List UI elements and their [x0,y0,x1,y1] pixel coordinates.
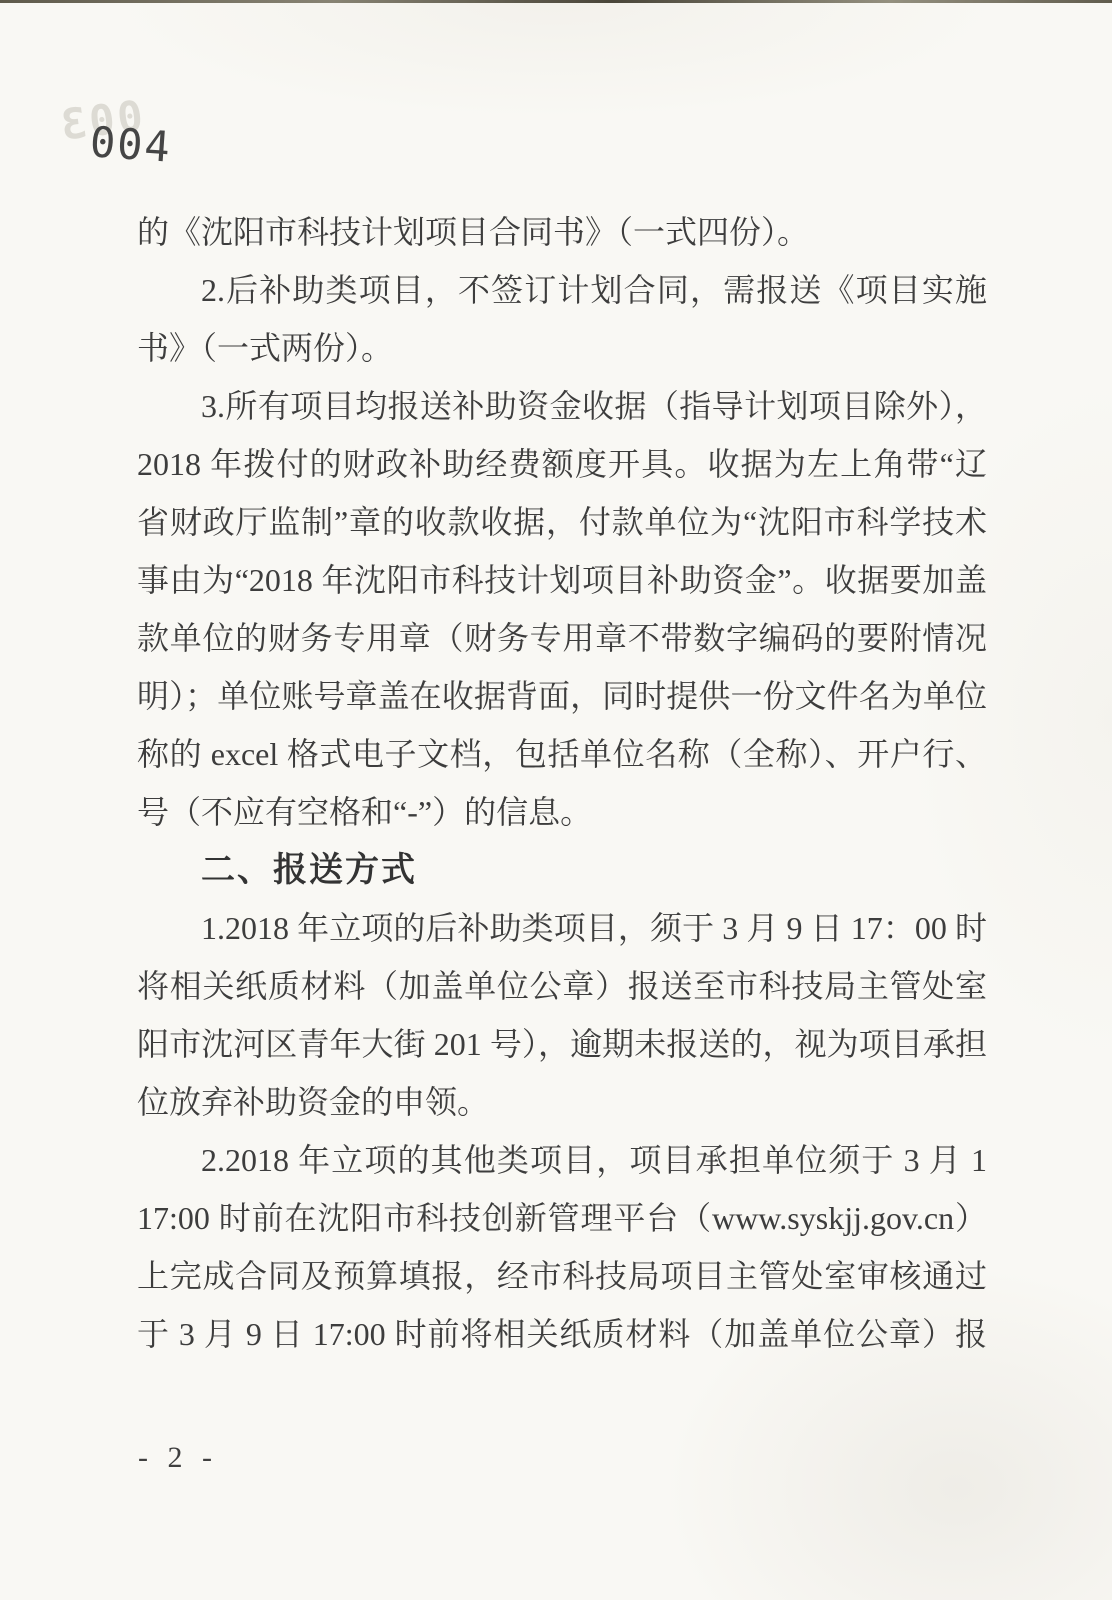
text-line: 阳市沈河区青年大街 201 号），逾期未报送的，视为项目承担单 [137,1015,987,1073]
text-line: 书》（一式两份）。 [137,319,987,377]
text-line: 1.2018 年立项的后补助类项目，须于 3 月 9 日 17：00 时前 [137,899,987,957]
text-line: 2.后补助类项目，不签订计划合同，需报送《项目实施承诺 [137,261,987,319]
text-line: 称的 excel 格式电子文档，包括单位名称（全称）、开户行、账 [137,725,987,783]
page-number: - 2 - [138,1429,218,1487]
scan-edge [0,0,1112,3]
text-line: 省财政厅监制”章的收款收据，付款单位为“沈阳市科学技术局”， [137,493,987,551]
page-stamp-number: 004 [88,117,173,172]
text-line: 号（不应有空格和“-”）的信息。 [137,783,987,841]
text-line: 款单位的财务专用章（财务专用章不带数字编码的要附情况说 [137,609,987,667]
text-line: 将相关纸质材料（加盖单位公章）报送至市科技局主管处室（沈 [137,957,987,1015]
text-line: 二、报送方式 [137,841,987,899]
text-line: 2018 年拨付的财政补助经费额度开具。收据为左上角带“辽宁 [137,435,987,493]
text-line: 的《沈阳市科技计划项目合同书》（一式四份）。 [137,203,987,261]
text-line: 3.所有项目均报送补助资金收据（指导计划项目除外），按 [137,377,987,435]
text-line: 于 3 月 9 日 17:00 时前将相关纸质材料（加盖单位公章）报送至 [137,1305,987,1363]
text-line: 17:00 时前在沈阳市科技创新管理平台（www.syskjj.gov.cn） [137,1189,987,1247]
text-line: 事由为“2018 年沈阳市科技计划项目补助资金”。收据要加盖收 [137,551,987,609]
document-body: 的《沈阳市科技计划项目合同书》（一式四份）。 2.后补助类项目，不签订计划合同，… [137,203,987,1363]
text-line: 2.2018 年立项的其他类项目，项目承担单位须于 3 月 1 日 [137,1131,987,1189]
text-line: 明）；单位账号章盖在收据背面，同时提供一份文件名为单位名 [137,667,987,725]
text-line: 上完成合同及预算填报，经市科技局项目主管处室审核通过后， [137,1247,987,1305]
text-line: 位放弃补助资金的申领。 [137,1073,987,1131]
